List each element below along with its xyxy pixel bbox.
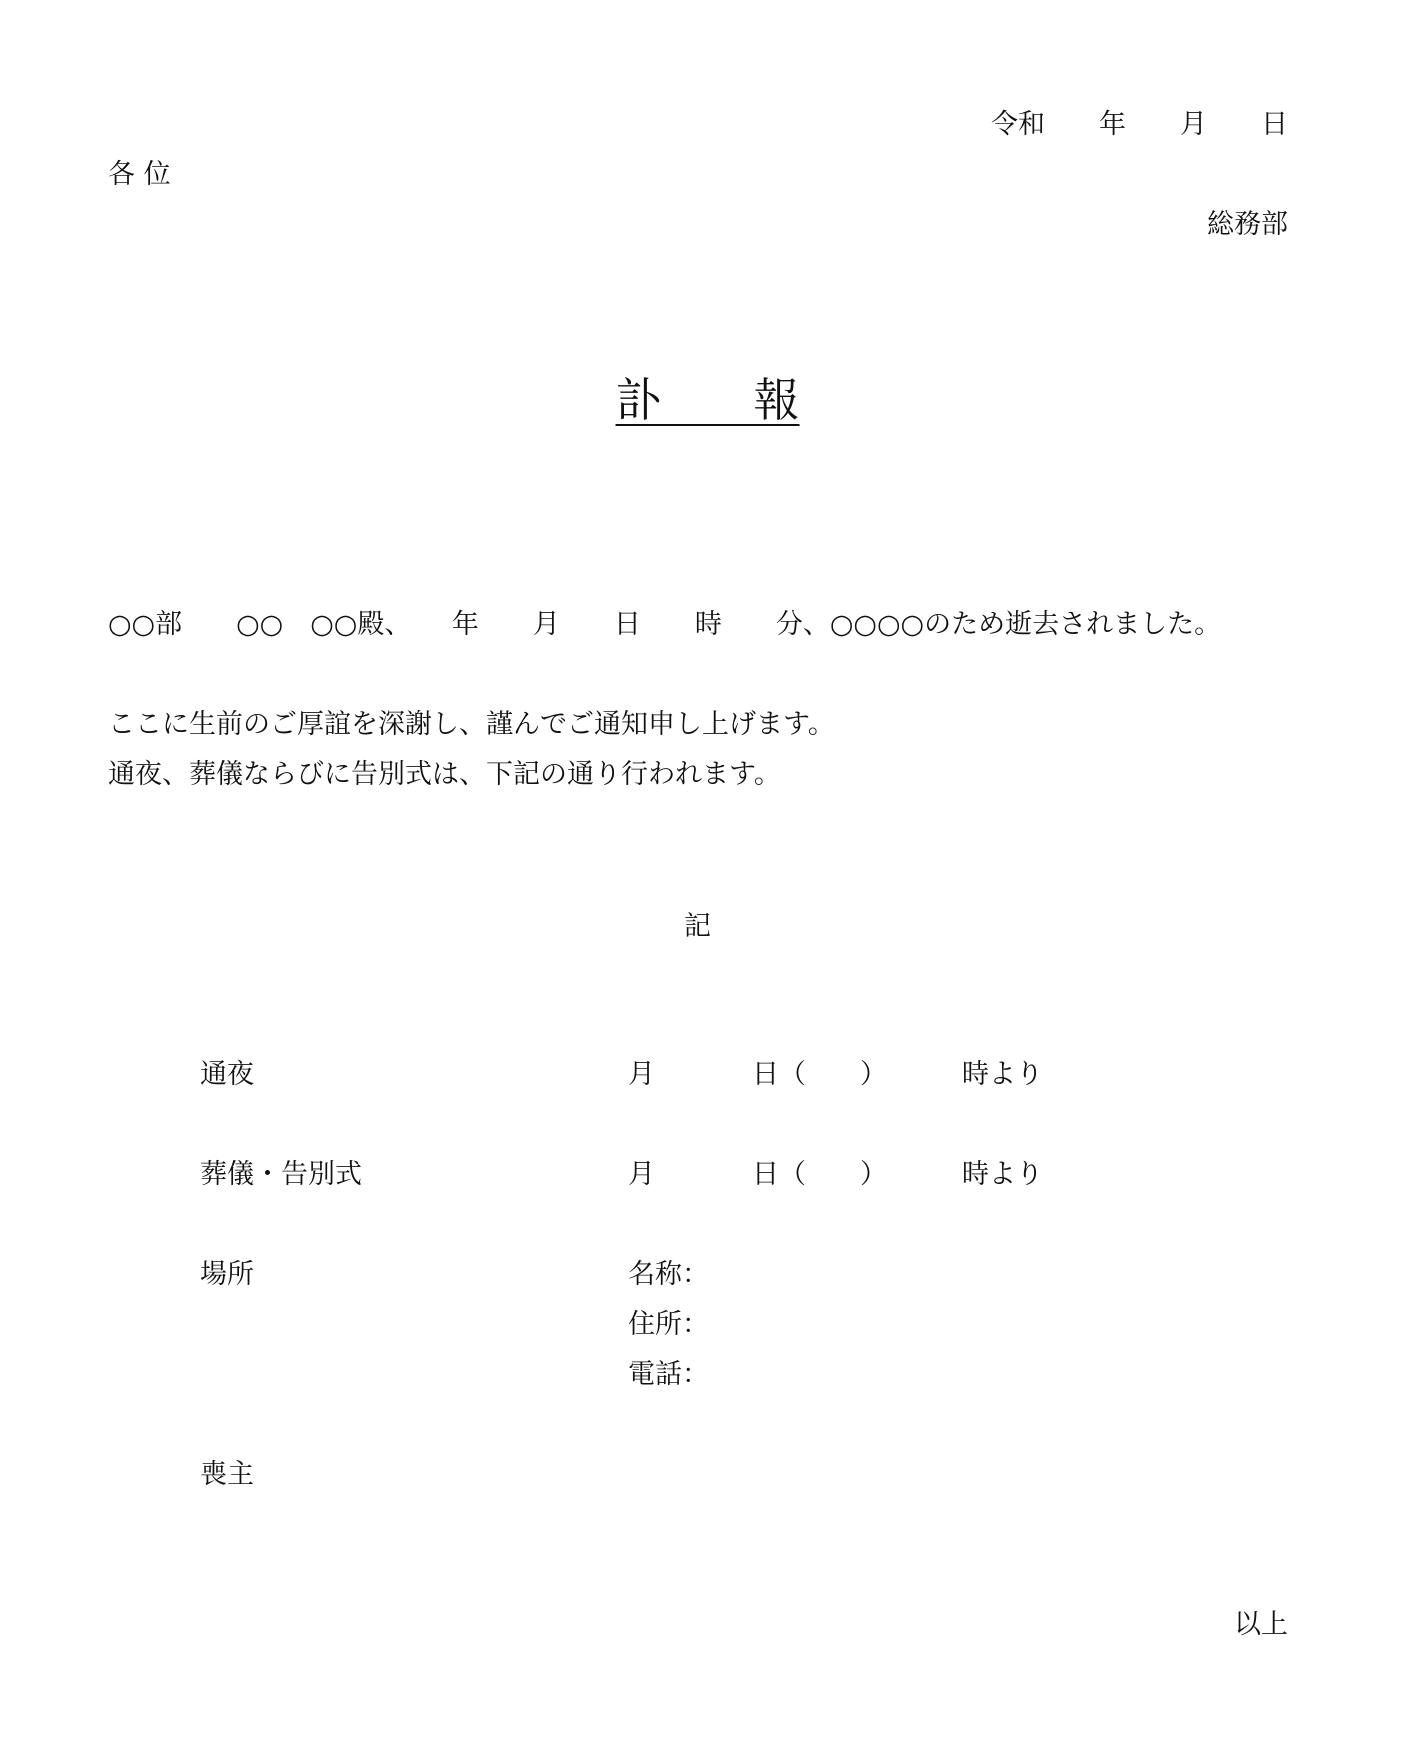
wake-label: 通夜 bbox=[200, 1058, 254, 1092]
schedule-intro-line: 通夜、葬儀ならびに告別式は、下記の通り行われます。 bbox=[108, 758, 781, 792]
document-title: 訃 報 bbox=[0, 372, 1415, 428]
ki-heading: 記 bbox=[684, 910, 711, 944]
venue-name-label: 名称： bbox=[628, 1258, 709, 1292]
announcement-line: ○○部 ○○ ○○殿、 年 月 日 時 分、○○○○のため逝去されました。 bbox=[108, 608, 1221, 642]
wake-day: 日（ ） bbox=[752, 1058, 887, 1092]
closing-text: 以上 bbox=[1100, 1608, 1288, 1642]
venue-address-label: 住所： bbox=[628, 1308, 709, 1342]
title-text: 訃 報 bbox=[616, 373, 800, 427]
wake-time: 時より bbox=[962, 1058, 1043, 1092]
date-line: 令和 年 月 日 bbox=[900, 108, 1288, 142]
wake-month: 月 bbox=[628, 1058, 655, 1092]
funeral-month: 月 bbox=[628, 1158, 655, 1192]
funeral-label: 葬儀・告別式 bbox=[200, 1158, 362, 1192]
venue-phone-label: 電話： bbox=[628, 1358, 709, 1392]
funeral-day: 日（ ） bbox=[752, 1158, 887, 1192]
recipient: 各 位 bbox=[108, 158, 171, 192]
venue-label: 場所 bbox=[200, 1258, 254, 1292]
chief-mourner-label: 喪主 bbox=[200, 1458, 254, 1492]
gratitude-line: ここに生前のご厚誼を深謝し、謹んでご通知申し上げます。 bbox=[108, 708, 835, 742]
funeral-time: 時より bbox=[962, 1158, 1043, 1192]
sender-department: 総務部 bbox=[1000, 208, 1288, 242]
